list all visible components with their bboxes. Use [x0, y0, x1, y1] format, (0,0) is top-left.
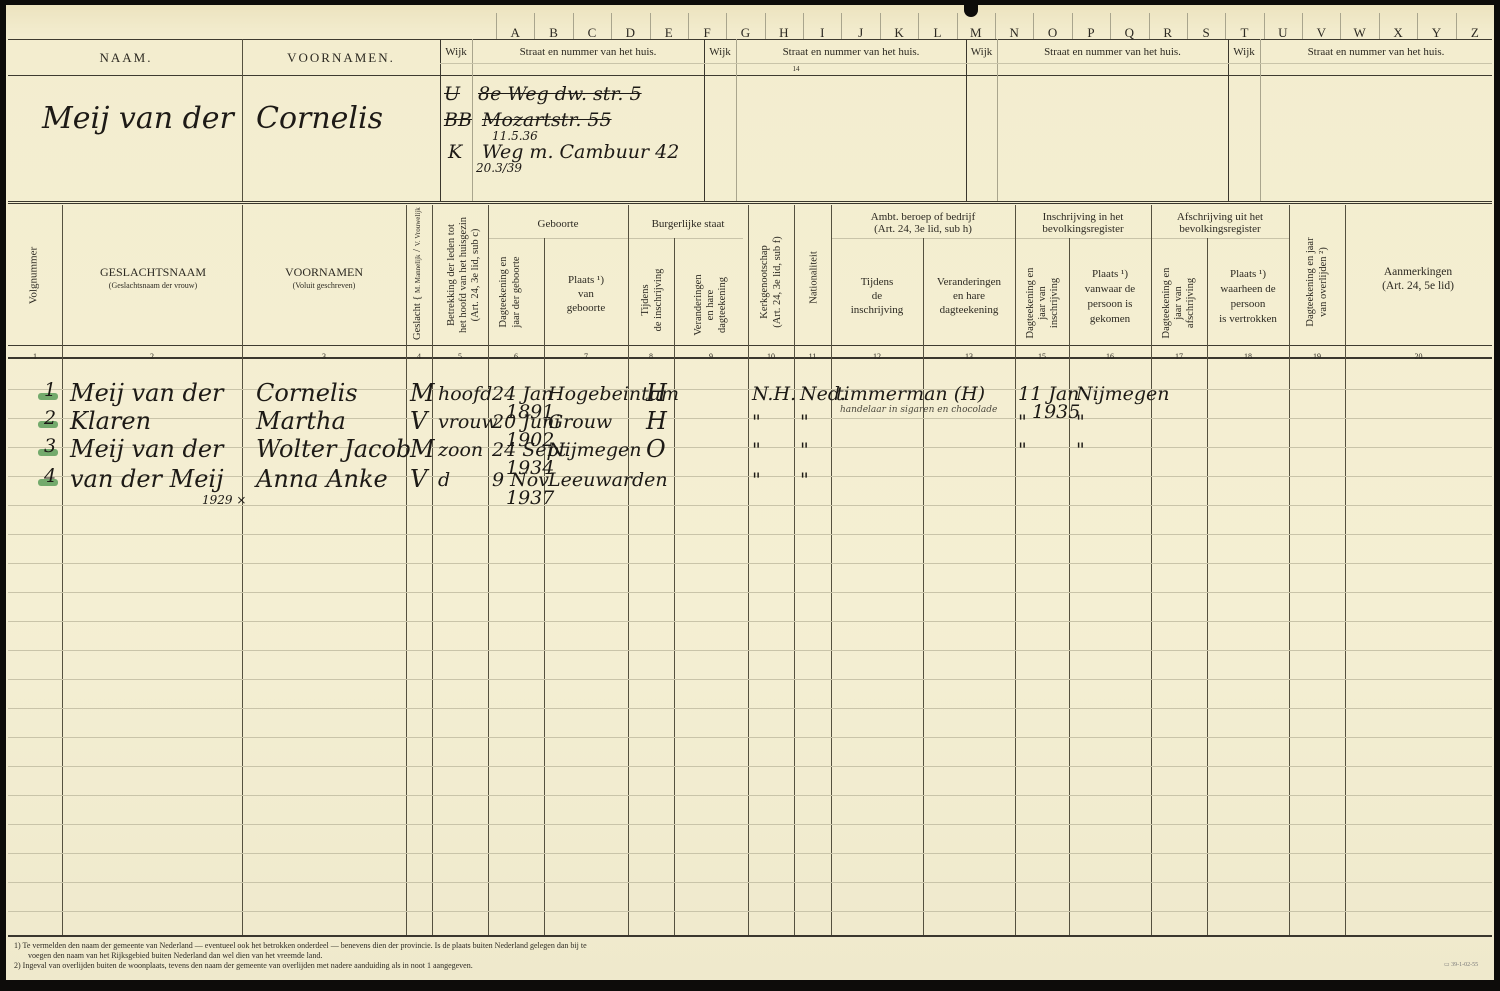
row-betrekking: zoon — [438, 439, 483, 461]
col-beroep-tijdens: Tijdens de inschrijving — [831, 275, 923, 317]
row-inschrijving-datum: " — [1018, 411, 1027, 433]
column-number-14: 14 — [786, 65, 806, 74]
row-voornamen: Wolter Jacob — [256, 435, 411, 463]
burgerlijke-staat-group: Burgerlijke staat — [628, 217, 748, 231]
beroep-group: Ambt. beroep of bedrijf (Art. 24, 3e lid… — [831, 211, 1015, 235]
column-rule — [242, 205, 243, 935]
voornamen-header: VOORNAMEN. — [242, 51, 440, 65]
row-beroep-note: handelaar in sigaren en chocolade — [840, 405, 997, 415]
punch-hole — [964, 5, 978, 17]
row-burgerlijke-staat: H — [646, 407, 667, 435]
rule — [8, 75, 1492, 76]
row-inschrijving-plaats: Nijmegen — [1076, 383, 1170, 405]
address-text: Mozartstr. 55 — [482, 109, 612, 131]
row-geslacht: V — [410, 407, 427, 435]
row-inschrijving-datum: " — [1018, 439, 1027, 461]
col-geboorte-plaats: Plaats ¹) van geboorte — [544, 273, 628, 315]
column-number: 20 — [1345, 352, 1492, 361]
column-number: 19 — [1289, 352, 1345, 361]
col-volgnummer: Volgnummer — [28, 236, 41, 316]
row-nationaliteit: " — [800, 439, 809, 461]
row-volgnummer: 2 — [44, 407, 56, 429]
row-geslachtsnaam: Klaren — [70, 407, 151, 435]
col-afschrijving-plaats: Plaats ¹) waarheen de persoon is vertrok… — [1207, 267, 1289, 327]
row-inschrijving-plaats: " — [1076, 411, 1085, 433]
column-rule — [544, 238, 545, 935]
column-rule — [628, 205, 629, 935]
afschrijving-group: Afschrijving uit het bevolkingsregister — [1151, 211, 1289, 235]
row-burgerlijke-staat: O — [646, 435, 666, 463]
col-voornamen-sub: (Voluit geschreven) — [242, 279, 406, 293]
col-nationaliteit: Nationaliteit — [808, 238, 821, 318]
column-number: 10 — [748, 352, 794, 361]
column-number: 12 — [831, 352, 923, 361]
head-surname: Meij van der — [42, 101, 234, 136]
address-wijk: K — [448, 141, 462, 163]
archive-stamp: ▭ 39-1-02-55 — [1444, 961, 1478, 968]
column-rule — [1151, 205, 1152, 935]
column-number: 18 — [1207, 352, 1289, 361]
row-geslacht: V — [410, 465, 427, 493]
row-beroep: timmerman (H) — [836, 383, 985, 405]
row-geboorte-plaats: Leeuwarden — [548, 469, 668, 491]
wijk-label: Wijk — [1228, 45, 1260, 59]
col-inschrijving-plaats: Plaats ¹) vanwaar de persoon is gekomen — [1069, 267, 1151, 327]
row-inschrijving-jaar: 1935 — [1032, 401, 1080, 423]
footnote-2: 2) Ingeval van overlijden buiten de woon… — [14, 961, 473, 971]
column-number: 9 — [674, 352, 748, 361]
column-rule — [794, 205, 795, 935]
row-kerkgenootschap: N.H. — [752, 383, 796, 405]
column-rule — [923, 238, 924, 935]
col-afschrijving-datum: Dagteekening enjaar vanafschrijving — [1161, 258, 1197, 348]
row-nationaliteit: " — [800, 411, 809, 433]
wijk-label: Wijk — [440, 45, 472, 59]
inschrijving-group: Inschrijving in het bevolkingsregister — [1015, 211, 1151, 235]
column-rule — [1207, 238, 1208, 935]
column-number: 1 — [8, 352, 62, 361]
col-inschrijving-datum: Dagteekening enjaar vaninschrijving — [1025, 258, 1061, 348]
col-burgstaat-veranderingen: Veranderingenen haredagteekening — [693, 260, 729, 350]
rule — [8, 201, 1492, 204]
col-geslacht: Geslacht { M. Mannelijk / V. Vrouwelijk — [411, 220, 425, 340]
col-geslachtsnaam-sub: (Geslachtsnaam der vrouw) — [64, 279, 242, 293]
column-rule — [432, 205, 433, 935]
row-inschrijving-plaats: " — [1076, 439, 1085, 461]
row-geslachtsnaam: Meij van der — [70, 435, 224, 463]
column-rule — [406, 205, 407, 935]
column-number: 17 — [1151, 352, 1207, 361]
row-kerkgenootschap: " — [752, 439, 761, 461]
row-volgnummer: 3 — [44, 435, 56, 457]
row-nationaliteit: " — [800, 469, 809, 491]
row-geslachtsnaam: van der Meij — [70, 465, 224, 493]
row-betrekking: hoofd — [438, 383, 492, 405]
footnote-1: 1) Te vermelden den naam der gemeente va… — [14, 941, 587, 951]
column-number: 7 — [544, 352, 628, 361]
column-rule — [488, 205, 489, 935]
rule — [8, 39, 1492, 40]
row-voornamen: Martha — [256, 407, 346, 435]
row-geboorte-plaats: Nijmegen — [548, 439, 642, 461]
row-betrekking: vrouw — [438, 411, 498, 433]
column-rule — [1289, 205, 1290, 935]
row-kerkgenootschap: " — [752, 411, 761, 433]
address-date: 20.3/39 — [476, 161, 522, 175]
col-overlijden: Dagteekening en jaarvan overlijden ²) — [1304, 227, 1330, 337]
col-kerkgenootschap: Kerkgenootschap(Art. 24, 3e lid, sub f) — [758, 227, 784, 337]
row-geslachtsnaam: Meij van der — [70, 379, 224, 407]
col-burgstaat-tijdens: Tijdensde inschrijving — [639, 260, 665, 340]
address-wijk: BB — [444, 109, 472, 131]
column-number: 15 — [1015, 352, 1069, 361]
row-note: 1929 × — [202, 493, 246, 507]
column-rule — [748, 205, 749, 935]
column-rule — [1345, 205, 1346, 935]
row-burgerlijke-staat: H — [646, 379, 667, 407]
head-firstname: Cornelis — [256, 101, 383, 136]
column-number: 11 — [794, 352, 831, 361]
row-geboorte-plaats: Grouw — [548, 411, 612, 433]
address-text: Weg m. Cambuur 42 — [482, 141, 679, 163]
col-geslachtsnaam: GESLACHTSNAAM — [64, 265, 242, 279]
column-number: 13 — [923, 352, 1015, 361]
naam-header: NAAM. — [46, 51, 206, 65]
col-voornamen: VOORNAMEN — [242, 265, 406, 279]
row-betrekking: d — [438, 469, 450, 491]
address-wijk: U — [444, 83, 460, 105]
column-number: 3 — [242, 352, 406, 361]
column-number: 2 — [62, 352, 242, 361]
column-number: 6 — [488, 352, 544, 361]
col-beroep-veranderingen: Veranderingen en hare dagteekening — [923, 275, 1015, 317]
straat-label: Straat en nummer van het huis. — [472, 45, 704, 59]
straat-label: Straat en nummer van het huis. — [997, 45, 1228, 59]
straat-label: Straat en nummer van het huis. — [1260, 45, 1492, 59]
row-volgnummer: 4 — [44, 465, 56, 487]
column-number: 5 — [432, 352, 488, 361]
column-rule — [62, 205, 63, 935]
column-number: 4 — [406, 352, 432, 361]
registration-card: ABCDEFGHIJKLMNOPQRSTUVWXYZ NAAM. VOORNAM… — [6, 5, 1494, 980]
row-geslacht: M — [410, 379, 435, 407]
row-volgnummer: 1 — [44, 379, 56, 401]
straat-label: Straat en nummer van het huis. — [736, 45, 966, 59]
column-rule — [674, 238, 675, 935]
column-number: 8 — [628, 352, 674, 361]
row-kerkgenootschap: " — [752, 469, 761, 491]
geboorte-group: Geboorte — [488, 217, 628, 231]
column-rule — [1015, 205, 1016, 935]
address-text: 8e Weg dw. str. 5 — [478, 83, 642, 105]
column-rule — [1069, 238, 1070, 935]
column-number: 16 — [1069, 352, 1151, 361]
wijk-label: Wijk — [704, 45, 736, 59]
row-voornamen: Cornelis — [256, 379, 358, 407]
wijk-label: Wijk — [966, 45, 997, 59]
col-betrekking: Betrekking der leden tothet hoofd van he… — [446, 210, 482, 340]
col-geboorte-datum: Dagteekening enjaar der geboorte — [497, 247, 523, 337]
col-aanmerkingen: Aanmerkingen (Art. 24, 5e lid) — [1345, 265, 1491, 293]
row-voornamen: Anna Anke — [256, 465, 388, 493]
footnote-1-cont: voegen den naam van het Rijksgebied buit… — [28, 951, 322, 961]
row-geslacht: M — [410, 435, 435, 463]
